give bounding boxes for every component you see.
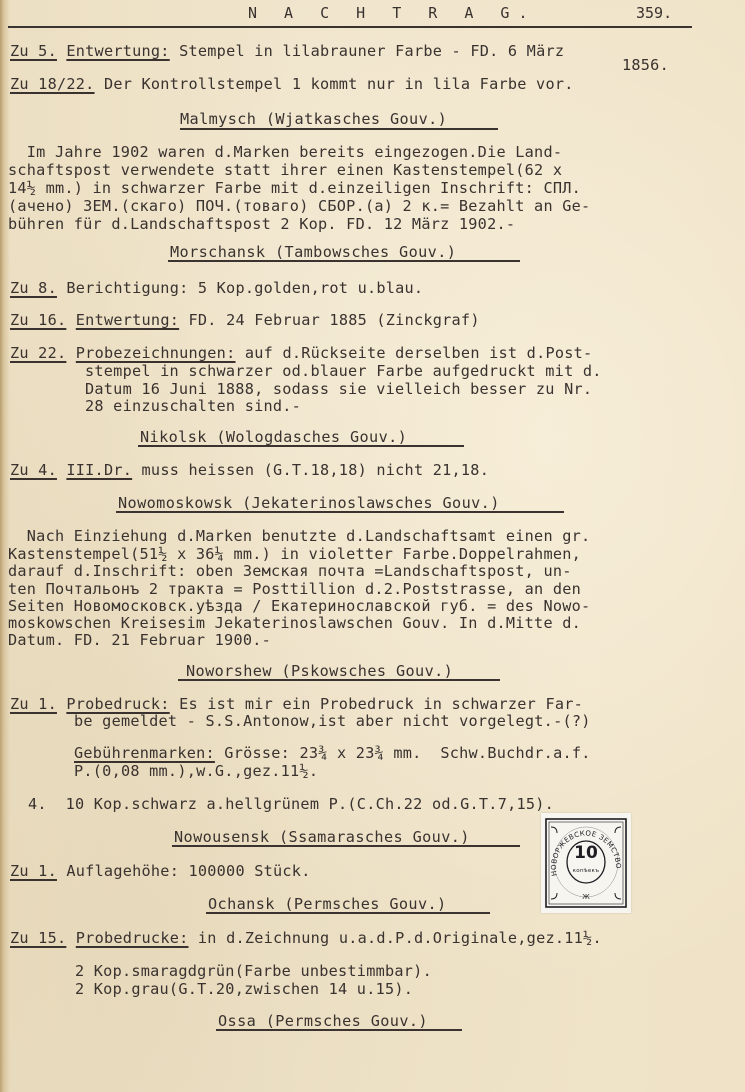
entry-text: FD. 24 Februar 1885 (Zinckgraf) xyxy=(179,311,480,329)
paragraph-line: Nach Einziehung d.Marken benutzte d.Land… xyxy=(8,527,590,545)
sub-entry: 2 Kop.smaragdgrün(Farbe unbestimmbar). xyxy=(75,962,432,980)
page-number: 359. xyxy=(636,4,672,22)
document-page: N A C H T R A G. 359. Zu 5. Entwertung: … xyxy=(0,0,745,1092)
paragraph-line: Seiten Новомосковск.уѣзда / Екатериносла… xyxy=(8,597,590,615)
fee-stamps-line: Gebührenmarken: Grösse: 23¾ x 23¾ mm. Sc… xyxy=(74,744,591,762)
heading-underline xyxy=(116,511,564,513)
section-heading-nowousensk: Nowousensk (Ssamarasches Gouv.) xyxy=(174,828,470,846)
entry-zu-15: Zu 15. Probedrucke: in d.Zeichnung u.a.d… xyxy=(10,929,602,947)
section-heading-ochansk: Ochansk (Permsches Gouv.) xyxy=(208,895,447,913)
entry-ref: Zu 8. xyxy=(10,279,57,297)
entry-ref: Zu 15. xyxy=(10,929,66,947)
entry-number: 4. xyxy=(28,795,47,813)
fee-stamps-text: Grösse: 23¾ x 23¾ mm. Schw.Buchdr.a.f. xyxy=(215,744,591,762)
entry-zu-5-cont: 1856. xyxy=(622,56,669,74)
section-heading-morschansk: Morschansk (Tambowsches Gouv.) xyxy=(170,243,456,261)
fee-stamps-label: Gebührenmarken: xyxy=(74,744,215,762)
entry-ref: Zu 1. xyxy=(10,695,57,713)
entry-zu-1-auflage: Zu 1. Auflagehöhe: 100000 Stück. xyxy=(10,862,311,880)
entry-zu-8: Zu 8. Berichtigung: 5 Kop.golden,rot u.b… xyxy=(10,279,423,297)
entry-continuation: be gemeldet - S.S.Antonow,ist aber nicht… xyxy=(74,712,591,730)
heading-underline xyxy=(138,445,464,447)
entry-text: Stempel in lilabrauner Farbe - FD. 6 Mär… xyxy=(170,42,565,60)
paragraph-line: bühren für d.Landschaftspost 2 Kop. FD. … xyxy=(8,215,515,233)
entry-continuation: Datum 16 Juni 1888, sodass sie vielleich… xyxy=(85,380,592,398)
entry-ref: Zu 4. xyxy=(10,461,57,479)
entry-text: Berichtigung: 5 Kop.golden,rot u.blau. xyxy=(57,279,423,297)
stamp-value: 10 xyxy=(541,843,631,863)
paragraph-line: darauf d.Inschrift: oben Земская почта =… xyxy=(8,562,572,580)
entry-zu-16: Zu 16. Entwertung: FD. 24 Februar 1885 (… xyxy=(10,311,480,329)
entry-zu-4: Zu 4. III.Dr. muss heissen (G.T.18,18) n… xyxy=(10,461,489,479)
paragraph-line: (ачено) ЗЕМ.(скаго) ПОЧ.(товаго) СБОР.(а… xyxy=(8,197,590,215)
entry-continuation: 28 einzuschalten sind.- xyxy=(85,397,301,415)
entry-text: muss heissen (G.T.18,18) nicht 21,18. xyxy=(132,461,489,479)
paragraph-line: Kastenstempel(51½ x 36¼ mm.) in violette… xyxy=(8,545,581,563)
paragraph-line: 14½ mm.) in schwarzer Farbe mit d.einzei… xyxy=(8,179,581,197)
heading-underline xyxy=(206,912,490,914)
entry-zu-5: Zu 5. Entwertung: Stempel in lilabrauner… xyxy=(10,42,564,60)
entry-text: Auflagehöhe: 100000 Stück. xyxy=(57,862,311,880)
page-header-title: N A C H T R A G. xyxy=(248,4,537,22)
entry-text: auf d.Rückseite derselben ist d.Post- xyxy=(235,344,592,362)
entry-zu-18-22: Zu 18/22. Der Kontrollstempel 1 kommt nu… xyxy=(10,75,574,93)
heading-underline xyxy=(216,1029,462,1031)
paragraph-line: Im Jahre 1902 waren d.Marken bereits ein… xyxy=(8,143,562,161)
fee-stamps-continuation: P.(0,08 mm.),w.G.,gez.11½. xyxy=(74,762,318,780)
heading-underline xyxy=(168,260,520,262)
entry-ref: Zu 18/22. xyxy=(10,75,95,93)
entry-text: Der Kontrollstempel 1 kommt nur in lila … xyxy=(95,75,574,93)
entry-text: in d.Zeichnung u.a.d.P.d.Originale,gez.1… xyxy=(189,929,602,947)
section-heading-ossa: Ossa (Permsches Gouv.) xyxy=(218,1012,428,1030)
entry-continuation: stempel in schwarzer od.blauer Farbe auf… xyxy=(85,362,602,380)
stamp-frame-icon: НОВОРЖЕВСКОЕ ЗЕМСТВО Ж xyxy=(541,813,631,913)
entry-zu-1-probedruck: Zu 1. Probedruck: Es ist mir ein Probedr… xyxy=(10,695,583,713)
entry-text: Es ist mir ein Probedruck in schwarzer F… xyxy=(170,695,583,713)
paragraph-line: Datum. FD. 21 Februar 1900.- xyxy=(8,631,271,649)
stamp-unit: копѣекъ xyxy=(541,868,631,874)
entry-label: III.Dr. xyxy=(66,461,132,479)
section-heading-nikolsk: Nikolsk (Wologdasches Gouv.) xyxy=(140,428,407,446)
entry-ref: Zu 16. xyxy=(10,311,66,329)
entry-ref: Zu 5. xyxy=(10,42,57,60)
entry-text: 10 Kop.schwarz a.hellgrünem P.(C.Ch.22 o… xyxy=(66,795,554,813)
paragraph-line: moskowschen Kreisesim Jekaterinoslawsche… xyxy=(8,614,581,632)
entry-ref: Zu 22. xyxy=(10,344,66,362)
paragraph-line: ten Почтальонъ 2 тракта = Posttillion d.… xyxy=(8,580,581,598)
entry-zu-22: Zu 22. Probezeichnungen: auf d.Rückseite… xyxy=(10,344,592,362)
heading-underline xyxy=(178,679,500,681)
entry-label: Probezeichnungen: xyxy=(76,344,236,362)
svg-text:Ж: Ж xyxy=(582,893,590,901)
heading-underline xyxy=(180,128,498,130)
entry-label: Probedrucke: xyxy=(76,929,189,947)
header-rule xyxy=(8,26,692,28)
entry-label: Entwertung: xyxy=(76,311,179,329)
section-heading-nowomoskowsk: Nowomoskowsk (Jekaterinoslawsches Gouv.) xyxy=(118,494,500,512)
entry-ref: Zu 1. xyxy=(10,862,57,880)
sub-entry: 2 Kop.grau(G.T.20,zwischen 14 u.15). xyxy=(75,980,413,998)
stamp-image: НОВОРЖЕВСКОЕ ЗЕМСТВО Ж 10 копѣекъ xyxy=(541,813,631,913)
section-heading-malmysch: Malmysch (Wjatkasches Gouv.) xyxy=(180,110,447,128)
entry-label: Entwertung: xyxy=(66,42,169,60)
numbered-entry-4: 4. 10 Kop.schwarz a.hellgrünem P.(C.Ch.2… xyxy=(28,795,554,813)
entry-label: Probedruck: xyxy=(66,695,169,713)
heading-underline xyxy=(172,845,520,847)
paragraph-line: schaftspost verwendete statt ihrer einen… xyxy=(8,161,562,179)
section-heading-noworshew: Noworshew (Pskowsches Gouv.) xyxy=(186,662,453,680)
